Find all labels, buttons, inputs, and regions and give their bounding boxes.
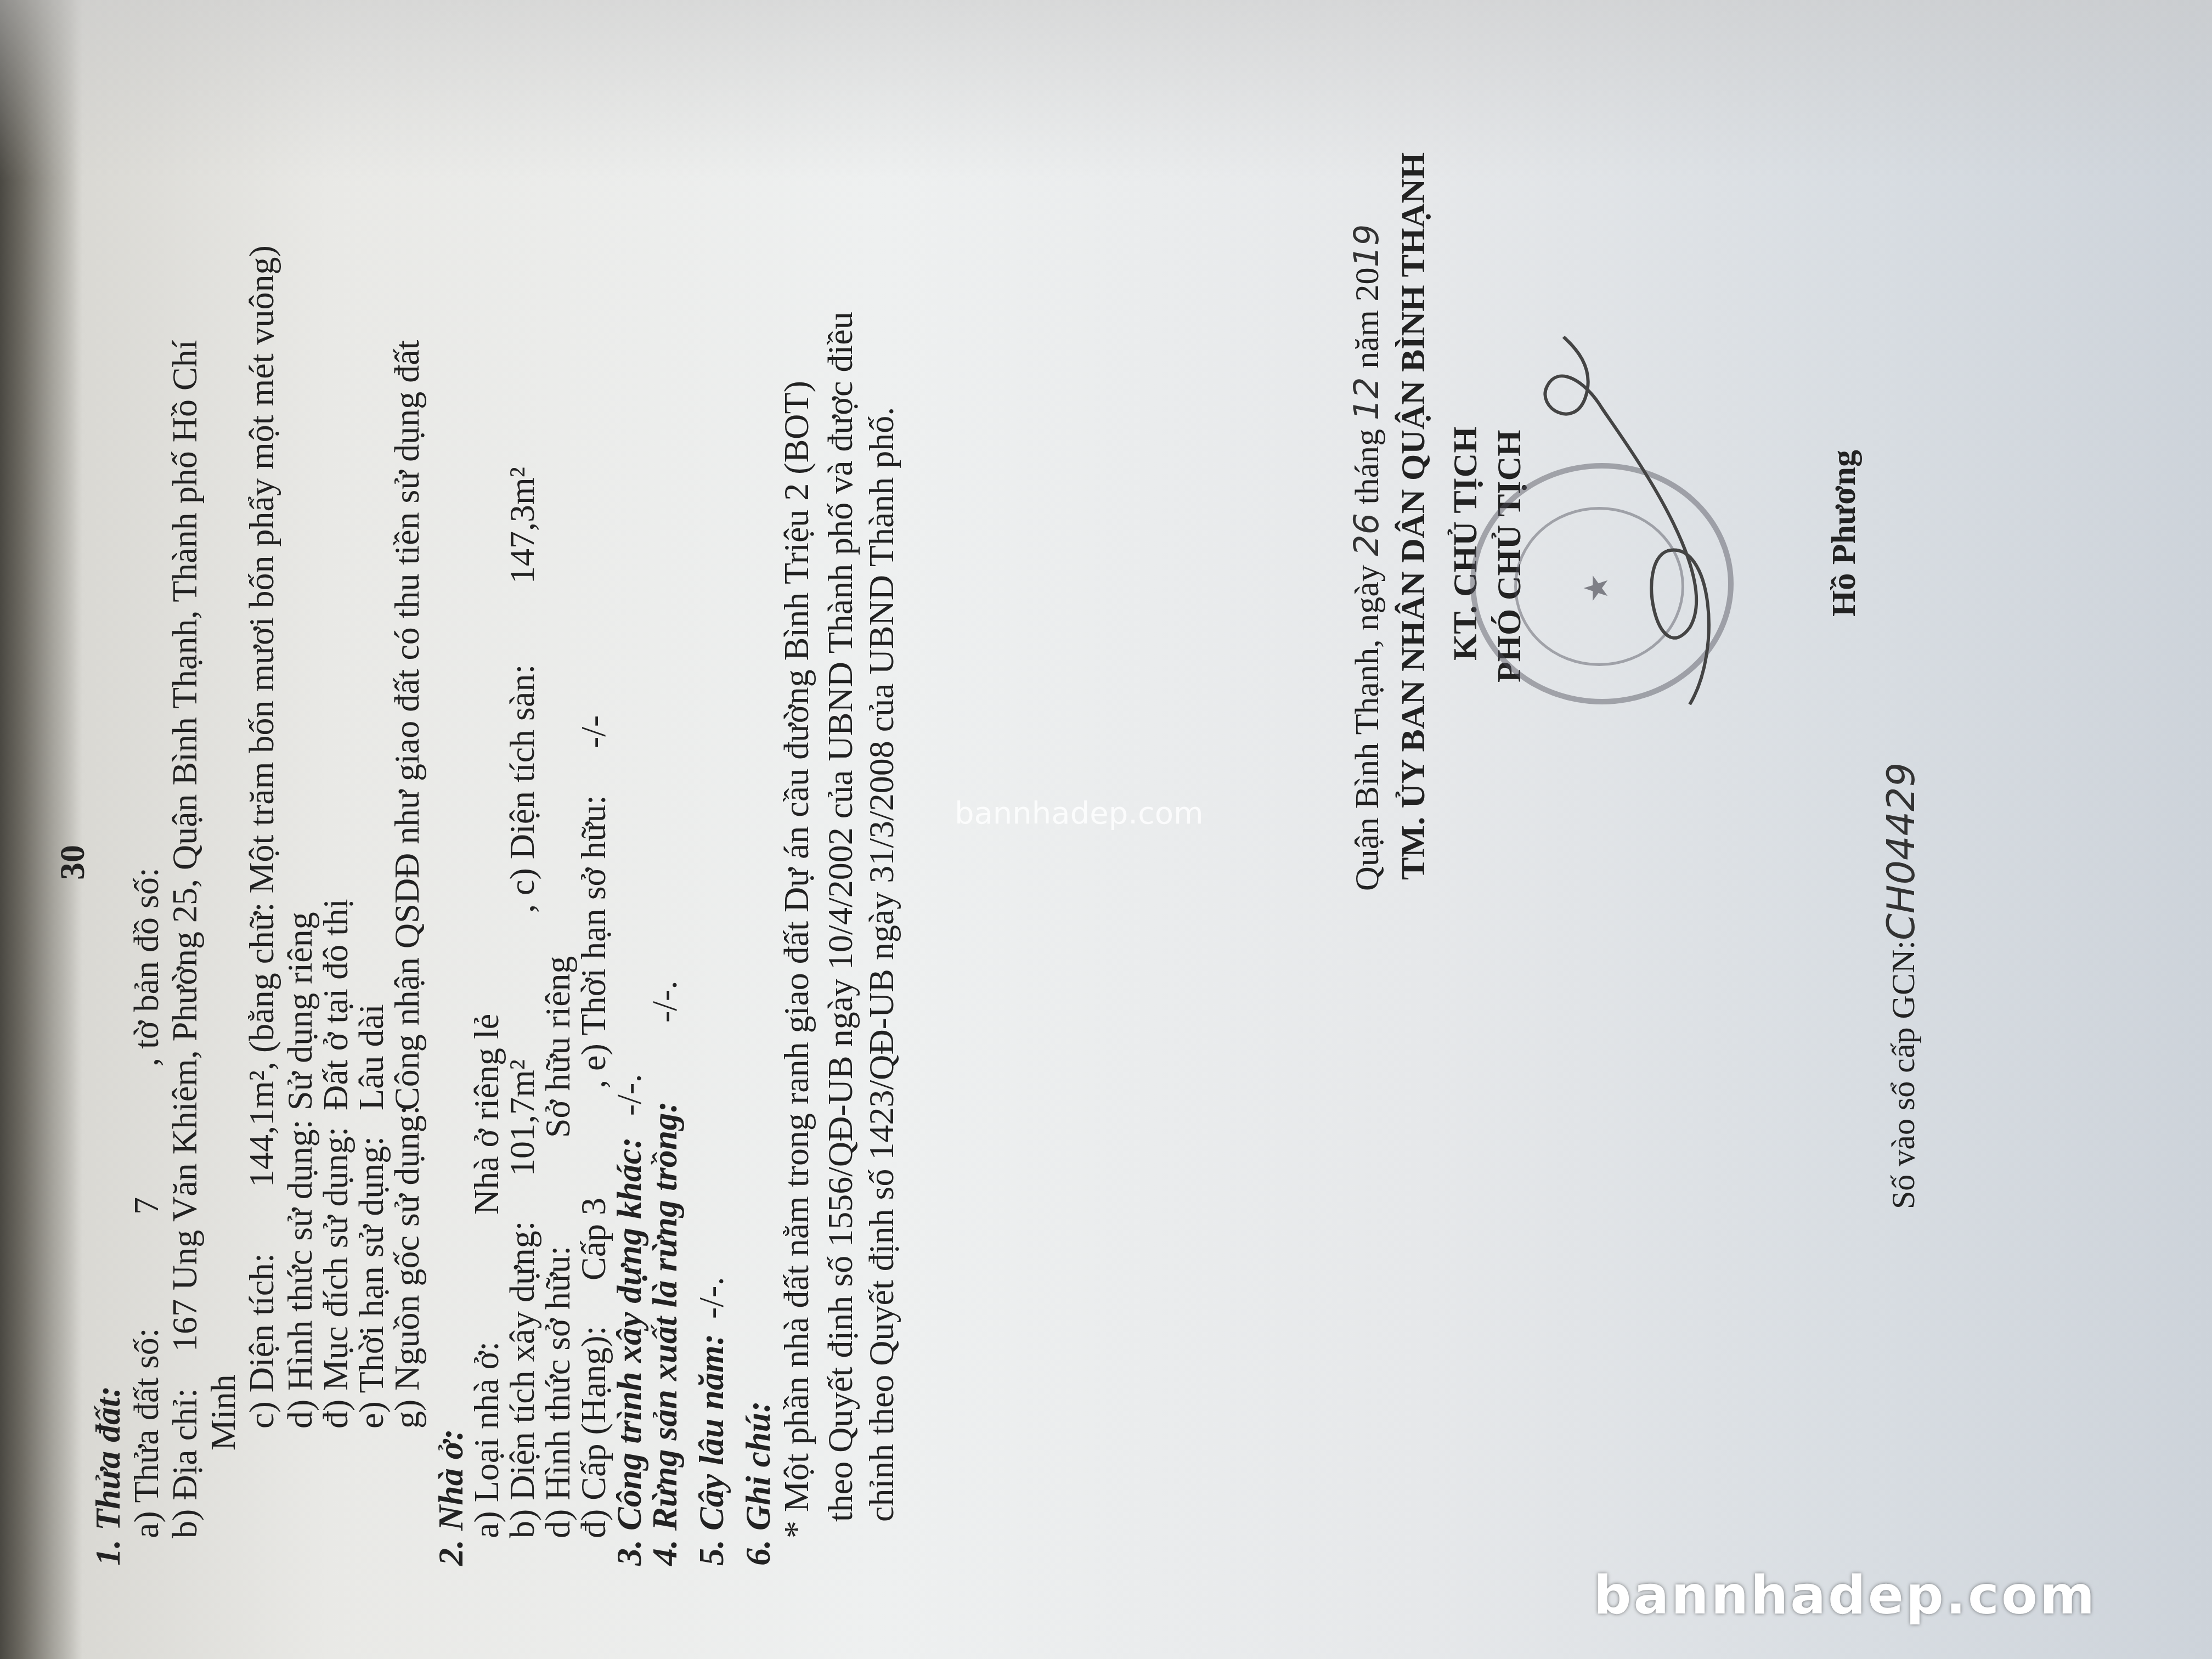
address-value: 167 Ung Văn Khiêm, Phường 25, Quận Bình … — [167, 340, 202, 1352]
section3-value: -/-. — [612, 1074, 647, 1116]
section3-heading: 3. Công trình xây dựng khác: — [612, 1137, 647, 1566]
ownership-term-label: , e) Thời hạn sở hữu: — [576, 795, 611, 1088]
section5-value: -/-. — [694, 1277, 729, 1319]
signer-name: Hồ Phương — [1827, 450, 1861, 617]
area-label: c) Diện tích: — [244, 1253, 279, 1429]
watermark-corner: bannhadep.com — [1594, 1565, 2097, 1626]
section5-heading: 5. Cây lâu năm: — [694, 1334, 729, 1566]
usage-purpose-label: đ) Mục đích sử dụng: — [318, 1127, 353, 1429]
section4-heading: 4. Rừng sản xuất là rừng trồng: — [647, 1101, 682, 1566]
note-line-3: chỉnh theo Quyết định số 1423/QĐ-UB ngày… — [864, 407, 899, 1522]
build-area-value: 101,7m² — [505, 1059, 540, 1176]
parcel-number-label: a) Thửa đất số: — [129, 1328, 164, 1538]
watermark-center: bannhadep.com — [955, 795, 1204, 831]
section2-heading: 2. Nhà ở: — [433, 1429, 469, 1566]
grade-label: đ) Cấp (Hạng): — [576, 1326, 611, 1538]
section4-value: -/-. — [647, 981, 682, 1023]
usage-term-value: Lâu dài — [354, 1004, 389, 1110]
registry: Số vào sổ cấp GCN:CH04429 — [1882, 763, 1920, 1209]
section1-heading: 1. Thửa đất: — [91, 1386, 126, 1566]
section6-heading: 6. Ghi chú: — [741, 1401, 776, 1566]
address-cont: Minh — [206, 1374, 241, 1451]
floor-area-label: , c) Diện tích sàn: — [505, 664, 540, 913]
usage-form-label: d) Hình thức sử dụng: — [283, 1119, 318, 1429]
issuing-authority: TM. ỦY BAN NHÂN DÂN QUẬN BÌNH THẠNH — [1396, 153, 1430, 880]
registry-number: CH04429 — [1878, 763, 1923, 940]
usage-form-value: Sử dụng riêng — [283, 912, 318, 1110]
map-sheet-label: , tờ bản đồ số: — [129, 867, 164, 1066]
parcel-number: 7 — [129, 1197, 164, 1215]
note-line-1: * Một phần nhà đất nằm trong ranh giao đ… — [779, 381, 814, 1538]
note-line-2: theo Quyết định số 1556/QĐ-UB ngày 10/4/… — [823, 312, 858, 1522]
usage-origin-value: Công nhận QSDĐ như giao đất có thu tiền … — [390, 340, 425, 1110]
usage-term-label: e) Thời hạn sử dụng: — [354, 1136, 389, 1429]
usage-origin-label: g) Nguồn gốc sử dụng: — [390, 1105, 425, 1429]
year-handwritten: 19 — [1346, 224, 1386, 268]
ownership-label: d) Hình thức sở hữu: — [540, 1246, 575, 1538]
month-handwritten: 12 — [1346, 377, 1386, 420]
page-number: 30 — [55, 845, 90, 880]
floor-area-value: 147,3m² — [505, 467, 540, 584]
day-handwritten: 26 — [1346, 513, 1386, 556]
ownership-term-value: -/- — [576, 715, 611, 748]
build-area-label: b) Diện tích xây dựng: — [505, 1221, 540, 1538]
grade-value: Cấp 3 — [576, 1198, 611, 1280]
issue-date: Quận Bình Thạnh, ngày 26 tháng 12 năm 20… — [1350, 224, 1384, 891]
area-value: 144,1m², (bằng chữ: Một trăm bốn mươi bố… — [244, 245, 279, 1187]
house-type-value: Nhà ở riêng lẻ — [469, 1014, 504, 1215]
usage-purpose-value: Đất ở tại đô thị — [318, 899, 353, 1110]
house-type-label: a) Loại nhà ở: — [469, 1341, 504, 1538]
address-label: b) Địa chỉ: — [167, 1388, 202, 1538]
ownership-value: Sở hữu riêng — [540, 956, 575, 1138]
signature-scribble — [1525, 331, 1734, 715]
